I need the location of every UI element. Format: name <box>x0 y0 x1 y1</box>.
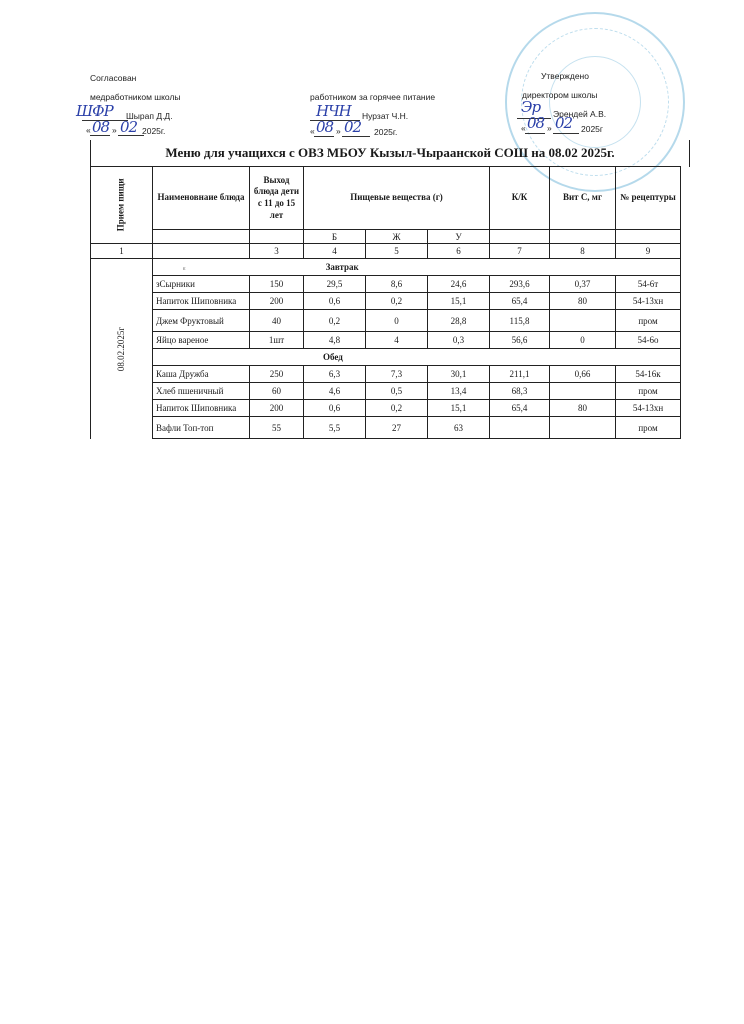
column-number: 3 <box>250 244 304 259</box>
cell-zh: 0 <box>366 310 428 332</box>
cell-zh: 8,6 <box>366 276 428 293</box>
cell-u: 13,4 <box>428 383 490 400</box>
approval-right-label: Утверждено <box>541 72 589 81</box>
approval-right-year: 2025г <box>581 125 603 134</box>
approval-right-day: 08 <box>527 116 544 131</box>
cell-vitc: 0,37 <box>550 276 616 293</box>
cell-dish: Напиток Шиповника <box>153 293 250 310</box>
subheader-row: Б Ж У <box>91 230 681 244</box>
cell-portion: 200 <box>250 400 304 417</box>
column-number: 4 <box>304 244 366 259</box>
cell-b: 4,8 <box>304 332 366 349</box>
cell-kcal: 293,6 <box>490 276 550 293</box>
approval-middle-role: работником за горячее питание <box>310 93 435 102</box>
cell-kcal: 65,4 <box>490 293 550 310</box>
date-cell: 08.02.2025г <box>91 259 153 439</box>
cell-u: 15,1 <box>428 293 490 310</box>
date-open-quote: « <box>86 126 91 135</box>
day-line <box>314 136 334 137</box>
header-row: Прием пищи Наименовнаие блюда Выход блюд… <box>91 167 681 230</box>
section-lunch: Обед <box>153 349 681 366</box>
approval-left-month: 02 <box>120 120 137 135</box>
subheader-zh: Ж <box>366 230 428 244</box>
cell-kcal <box>490 417 550 439</box>
date-open-quote: « <box>310 127 315 136</box>
cell-recipe: пром <box>616 310 681 332</box>
cell-recipe: 54-13хн <box>616 293 681 310</box>
column-number <box>153 244 250 259</box>
approval-left-role: медработником школы <box>90 93 181 102</box>
cell-kcal: 211,1 <box>490 366 550 383</box>
cell-vitc: 80 <box>550 293 616 310</box>
section-breakfast: εЗавтрак <box>153 259 681 276</box>
signature-middle: НЧН <box>316 104 351 119</box>
subheader-empty <box>616 230 681 244</box>
approval-middle-day: 08 <box>316 120 333 135</box>
cell-u: 0,3 <box>428 332 490 349</box>
section-title: Обед <box>323 352 343 362</box>
cell-b: 0,6 <box>304 293 366 310</box>
menu-row: Хлеб пшеничный604,60,513,468,3пром <box>91 383 681 400</box>
cell-u: 63 <box>428 417 490 439</box>
cell-portion: 40 <box>250 310 304 332</box>
header-meal: Прием пищи <box>91 167 153 244</box>
menu-row: Яйцо вареное1шт4,840,356,6054-6о <box>91 332 681 349</box>
month-line <box>553 133 579 134</box>
subheader-empty <box>550 230 616 244</box>
cell-b: 29,5 <box>304 276 366 293</box>
cell-portion: 250 <box>250 366 304 383</box>
cell-zh: 0,2 <box>366 400 428 417</box>
month-line <box>342 136 370 137</box>
cell-kcal: 68,3 <box>490 383 550 400</box>
cell-b: 5,5 <box>304 417 366 439</box>
date-close-quote: » <box>112 126 117 135</box>
section-title: Завтрак <box>326 262 359 272</box>
cell-kcal: 115,8 <box>490 310 550 332</box>
column-number: 5 <box>366 244 428 259</box>
cell-recipe: пром <box>616 417 681 439</box>
approval-left-label: Согласован <box>90 74 136 83</box>
header-nutrients: Пищевые вещества (г) <box>304 167 490 230</box>
cell-vitc: 0 <box>550 332 616 349</box>
cell-recipe: 54-6о <box>616 332 681 349</box>
approval-middle-month: 02 <box>344 120 361 135</box>
cell-vitc <box>550 383 616 400</box>
cell-recipe: 54-13хн <box>616 400 681 417</box>
cell-u: 24,6 <box>428 276 490 293</box>
cell-portion: 60 <box>250 383 304 400</box>
header-portion: Выход блюда дети с 11 до 15 лет <box>250 167 304 230</box>
cell-zh: 27 <box>366 417 428 439</box>
header-dish: Наименовнаие блюда <box>153 167 250 230</box>
signature-right: Эр <box>521 100 540 115</box>
approval-middle-name: Нурзат Ч.Н. <box>362 112 408 121</box>
meal-date: 08.02.2025г <box>116 327 126 371</box>
menu-row: Напиток Шиповника2000,60,215,165,48054-1… <box>91 293 681 310</box>
column-number: 7 <box>490 244 550 259</box>
cell-b: 6,3 <box>304 366 366 383</box>
cell-vitc: 80 <box>550 400 616 417</box>
cell-b: 0,2 <box>304 310 366 332</box>
column-number: 6 <box>428 244 490 259</box>
column-number-row: 1 3 4 5 6 7 8 9 <box>91 244 681 259</box>
cell-dish: Хлеб пшеничный <box>153 383 250 400</box>
subheader-empty <box>153 230 250 244</box>
document-title-row: Меню для учащихся с ОВЗ МБОУ Кызыл-Чыраа… <box>90 140 690 167</box>
column-number: 9 <box>616 244 681 259</box>
cell-portion: 55 <box>250 417 304 439</box>
document-title: Меню для учащихся с ОВЗ МБОУ Кызыл-Чыраа… <box>91 145 689 161</box>
menu-row: Каша Дружба2506,37,330,1211,10,6654-16к <box>91 366 681 383</box>
date-close-quote: » <box>547 124 552 133</box>
subheader-empty <box>250 230 304 244</box>
approval-left-year: 2025г. <box>142 127 165 136</box>
section-row: 08.02.2025гεЗавтрак <box>91 259 681 276</box>
cell-u: 28,8 <box>428 310 490 332</box>
cell-recipe: 54-6т <box>616 276 681 293</box>
cell-zh: 0,2 <box>366 293 428 310</box>
section-marker: ε <box>183 266 186 272</box>
cell-recipe: 54-16к <box>616 366 681 383</box>
cell-kcal: 56,6 <box>490 332 550 349</box>
date-close-quote: » <box>336 127 341 136</box>
header-kcal: К/К <box>490 167 550 230</box>
cell-vitc <box>550 310 616 332</box>
day-line <box>525 133 545 134</box>
cell-dish: Напиток Шиповника <box>153 400 250 417</box>
menu-row: зСырники15029,58,624,6293,60,3754-6т <box>91 276 681 293</box>
cell-dish: зСырники <box>153 276 250 293</box>
cell-recipe: пром <box>616 383 681 400</box>
subheader-b: Б <box>304 230 366 244</box>
approval-left-day: 08 <box>92 120 109 135</box>
cell-b: 4,6 <box>304 383 366 400</box>
month-line <box>118 135 144 136</box>
cell-dish: Джем Фруктовый <box>153 310 250 332</box>
cell-dish: Яйцо вареное <box>153 332 250 349</box>
menu-row: Вафли Топ-топ555,52763пром <box>91 417 681 439</box>
cell-vitc: 0,66 <box>550 366 616 383</box>
signature-left: ШФР <box>76 104 113 119</box>
cell-zh: 0,5 <box>366 383 428 400</box>
menu-row: Джем Фруктовый400,2028,8115,8пром <box>91 310 681 332</box>
column-number: 8 <box>550 244 616 259</box>
subheader-empty <box>490 230 550 244</box>
cell-zh: 7,3 <box>366 366 428 383</box>
cell-b: 0,6 <box>304 400 366 417</box>
cell-kcal: 65,4 <box>490 400 550 417</box>
cell-u: 15,1 <box>428 400 490 417</box>
cell-dish: Вафли Топ-топ <box>153 417 250 439</box>
cell-zh: 4 <box>366 332 428 349</box>
approval-middle-year: 2025г. <box>374 128 397 137</box>
cell-dish: Каша Дружба <box>153 366 250 383</box>
menu-table: Прием пищи Наименовнаие блюда Выход блюд… <box>90 166 681 439</box>
header-vitc: Вит С, мг <box>550 167 616 230</box>
day-line <box>90 135 110 136</box>
cell-portion: 200 <box>250 293 304 310</box>
column-number: 1 <box>91 244 153 259</box>
cell-u: 30,1 <box>428 366 490 383</box>
section-row: Обед <box>91 349 681 366</box>
header-recipe: № рецептуры <box>616 167 681 230</box>
cell-portion: 1шт <box>250 332 304 349</box>
subheader-u: У <box>428 230 490 244</box>
cell-portion: 150 <box>250 276 304 293</box>
menu-row: Напиток Шиповника2000,60,215,165,48054-1… <box>91 400 681 417</box>
approval-right-month: 02 <box>555 116 572 131</box>
cell-vitc <box>550 417 616 439</box>
date-open-quote: « <box>521 124 526 133</box>
